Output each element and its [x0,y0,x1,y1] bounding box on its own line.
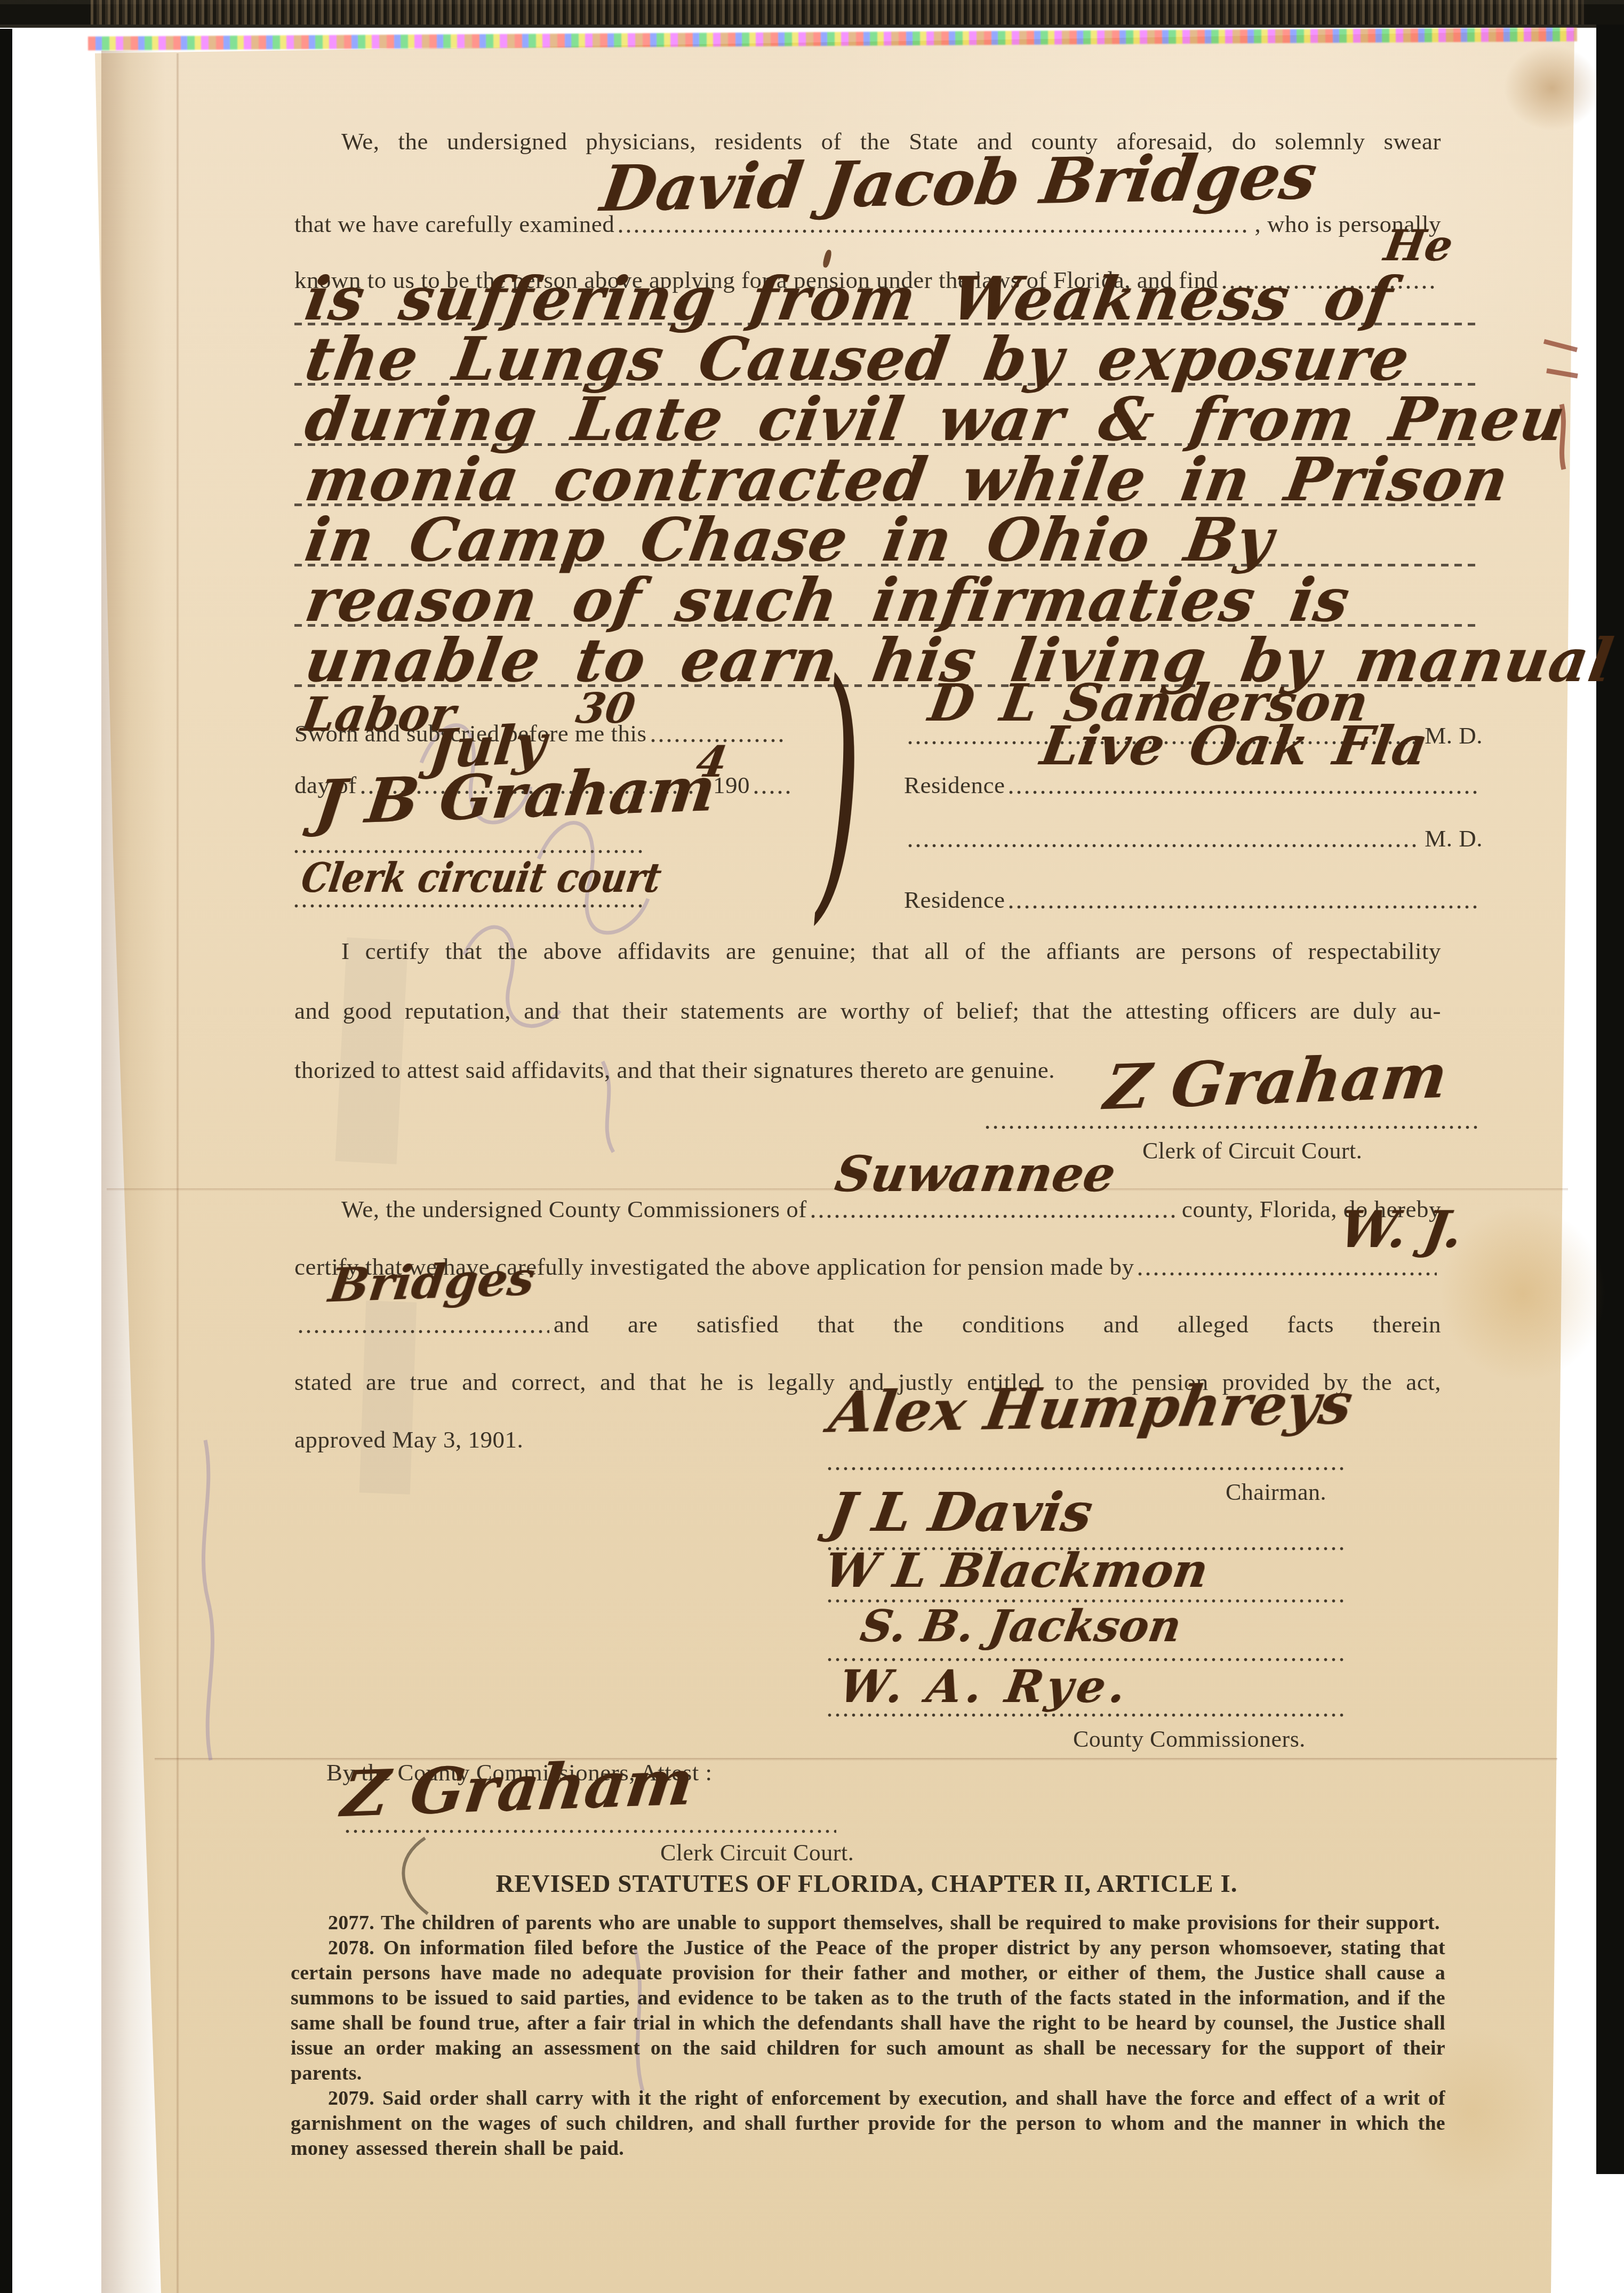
chairman-title: Chairman. [1226,1479,1326,1507]
examined-label: that we have carefully examined [294,210,614,238]
clerk-signature-line [986,1125,1479,1129]
findings-handwriting-line: in Camp Chase in Ohio By [301,510,1278,570]
scanner-right-bar [1596,25,1624,2174]
paper-left-edge-shading [101,51,165,2293]
notary-title-line [294,904,646,908]
brace-flourish: ) [816,648,861,925]
md-label: M. D. [1425,824,1483,853]
dotted-leader [1009,790,1478,794]
clerk-cert-line-1: I certify that the above affidavits are … [294,937,1441,965]
dotted-leader [754,790,791,794]
notary-signature-line [294,850,646,853]
commissioners-of-label: We, the undersigned County Commissioners… [341,1195,807,1224]
findings-handwriting-line: during Late civil war & from Pneu [301,390,1570,450]
commissioner-signature-handwriting: S. B. Jackson [858,1604,1184,1648]
dotted-leader [908,844,1420,848]
second-residence-line: Residence [904,885,1483,914]
residence-label: Residence [904,771,1005,800]
county-commissioners-title: County Commissioners. [1073,1725,1306,1754]
statutes-heading: REVISED STATUTES OF FLORIDA, CHAPTER II,… [293,1869,1440,1898]
dotted-leader [619,229,1250,233]
notary-signature-handwriting: J B Graham [312,758,719,834]
attest-title: Clerk Circuit Court. [660,1839,854,1867]
findings-handwriting-line: the Lungs Caused by exposure [301,330,1414,389]
clerk-cert-line-3: thorized to attest said affidavits, and … [294,1056,1055,1084]
applicant-surname-handwriting: Bridges [326,1255,538,1308]
chairman-signature-handwriting: Alex Humphreys [826,1375,1356,1441]
commissioner-signature-line [828,1713,1344,1717]
find-value-handwriting: He [1381,224,1455,267]
scanned-pension-document: We, the undersigned physicians, resident… [0,0,1624,2293]
commissioners-line-5: approved May 3, 1901. [294,1425,523,1454]
dotted-leader [1138,1272,1437,1276]
county-handwriting: Suwannee [832,1149,1119,1199]
commissioner-signature-line [828,1467,1344,1471]
notary-title-handwriting: Clerk circuit court [299,858,664,898]
clerk-cert-line-1-text: I certify that the above affidavits are … [341,938,1441,964]
clerk-signature-handwriting: Z Graham [1101,1045,1450,1118]
vertical-fold-crease [176,53,179,2293]
residence-label: Residence [904,885,1005,914]
clerk-title: Clerk of Circuit Court. [1142,1137,1362,1165]
findings-handwriting-line: is suffering from Weakness of [301,269,1397,329]
stain [1440,1205,1605,1381]
md-label: M. D. [1425,721,1483,750]
commissioner-signature-handwriting: W L Blackmon [821,1547,1211,1594]
dotted-leader [1009,905,1478,909]
dotted-leader [299,1330,549,1333]
dotted-leader [811,1215,1178,1218]
clerk-cert-line-2: and good reputation, and that their stat… [294,996,1441,1025]
scanner-left-bar [0,29,12,2293]
statute-2077: 2077. The children of parents who are un… [291,1911,1445,1936]
satisfied-label: and are satisfied that the conditions an… [554,1310,1441,1339]
applicant-name-handwriting: David Jacob Bridges [597,145,1321,220]
physician-residence-handwriting: Live Oak Fla [1037,719,1431,772]
book-edge-fuzz [91,0,1584,25]
attest-signature-handwriting: Z Graham [339,1751,697,1826]
statute-2079: 2079. Said order shall carry with it the… [291,2086,1445,2161]
commissioner-signature-handwriting: W. A. Rye. [836,1664,1133,1709]
applicant-initials-handwriting: W. J. [1336,1204,1466,1255]
commissioner-signature-handwriting: J L Davis [826,1485,1096,1539]
stain [1504,45,1600,131]
findings-handwriting-line: monia contracted while in Prison [301,450,1513,510]
second-md-line: M. D. [904,824,1483,853]
attest-signature-line [346,1829,836,1833]
findings-handwriting-line: reason of such infirmaties is [301,571,1354,630]
commissioners-line-3: and are satisfied that the conditions an… [294,1310,1441,1339]
statutes-block: 2077. The children of parents who are un… [291,1911,1445,2161]
statute-2078: 2078. On information filed before the Ju… [291,1936,1445,2086]
day-number-handwriting: 30 [573,688,638,730]
